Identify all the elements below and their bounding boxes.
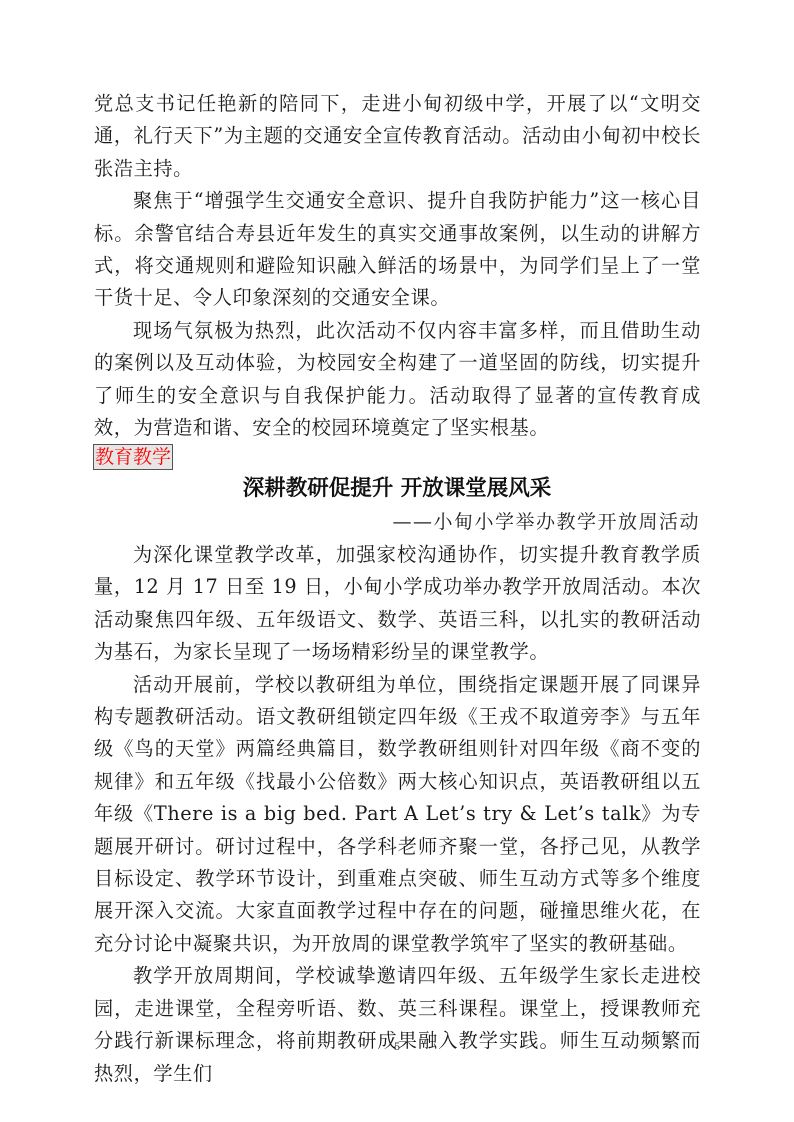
page-number: 5: [0, 1039, 794, 1054]
article-2-title: 深耕教研促提升 开放课堂展风采: [0, 474, 794, 504]
article-2-paragraph-1: 为深化课堂教学改革，加强家校沟通协作，切实提升教育教学质量，12 月 17 日至…: [94, 539, 701, 669]
article-1-body: 党总支书记任艳新的陪同下，走进小甸初级中学，开展了以“文明交通，礼行天下”为主题…: [94, 88, 701, 444]
article-1-paragraph-1: 党总支书记任艳新的陪同下，走进小甸初级中学，开展了以“文明交通，礼行天下”为主题…: [94, 88, 701, 185]
article-1-paragraph-2: 聚焦于“增强学生交通安全意识、提升自我防护能力”这一核心目标。余警官结合寿县近年…: [94, 185, 701, 315]
article-2-subtitle: ——小甸小学举办教学开放周活动: [392, 508, 700, 536]
article-2-paragraph-2: 活动开展前，学校以教研组为单位，围绕指定课题开展了同课异构专题教研活动。语文教研…: [94, 669, 701, 961]
article-2-body: 为深化课堂教学改革，加强家校沟通协作，切实提升教育教学质量，12 月 17 日至…: [94, 539, 701, 1090]
article-1-paragraph-3: 现场气氛极为热烈，此次活动不仅内容丰富多样，而且借助生动的案例以及互动体验，为校…: [94, 315, 701, 445]
article-2-paragraph-3: 教学开放周期间，学校诚挚邀请四年级、五年级学生家长走进校园，走进课堂，全程旁听语…: [94, 960, 701, 1090]
section-tag: 教育教学: [93, 444, 173, 470]
